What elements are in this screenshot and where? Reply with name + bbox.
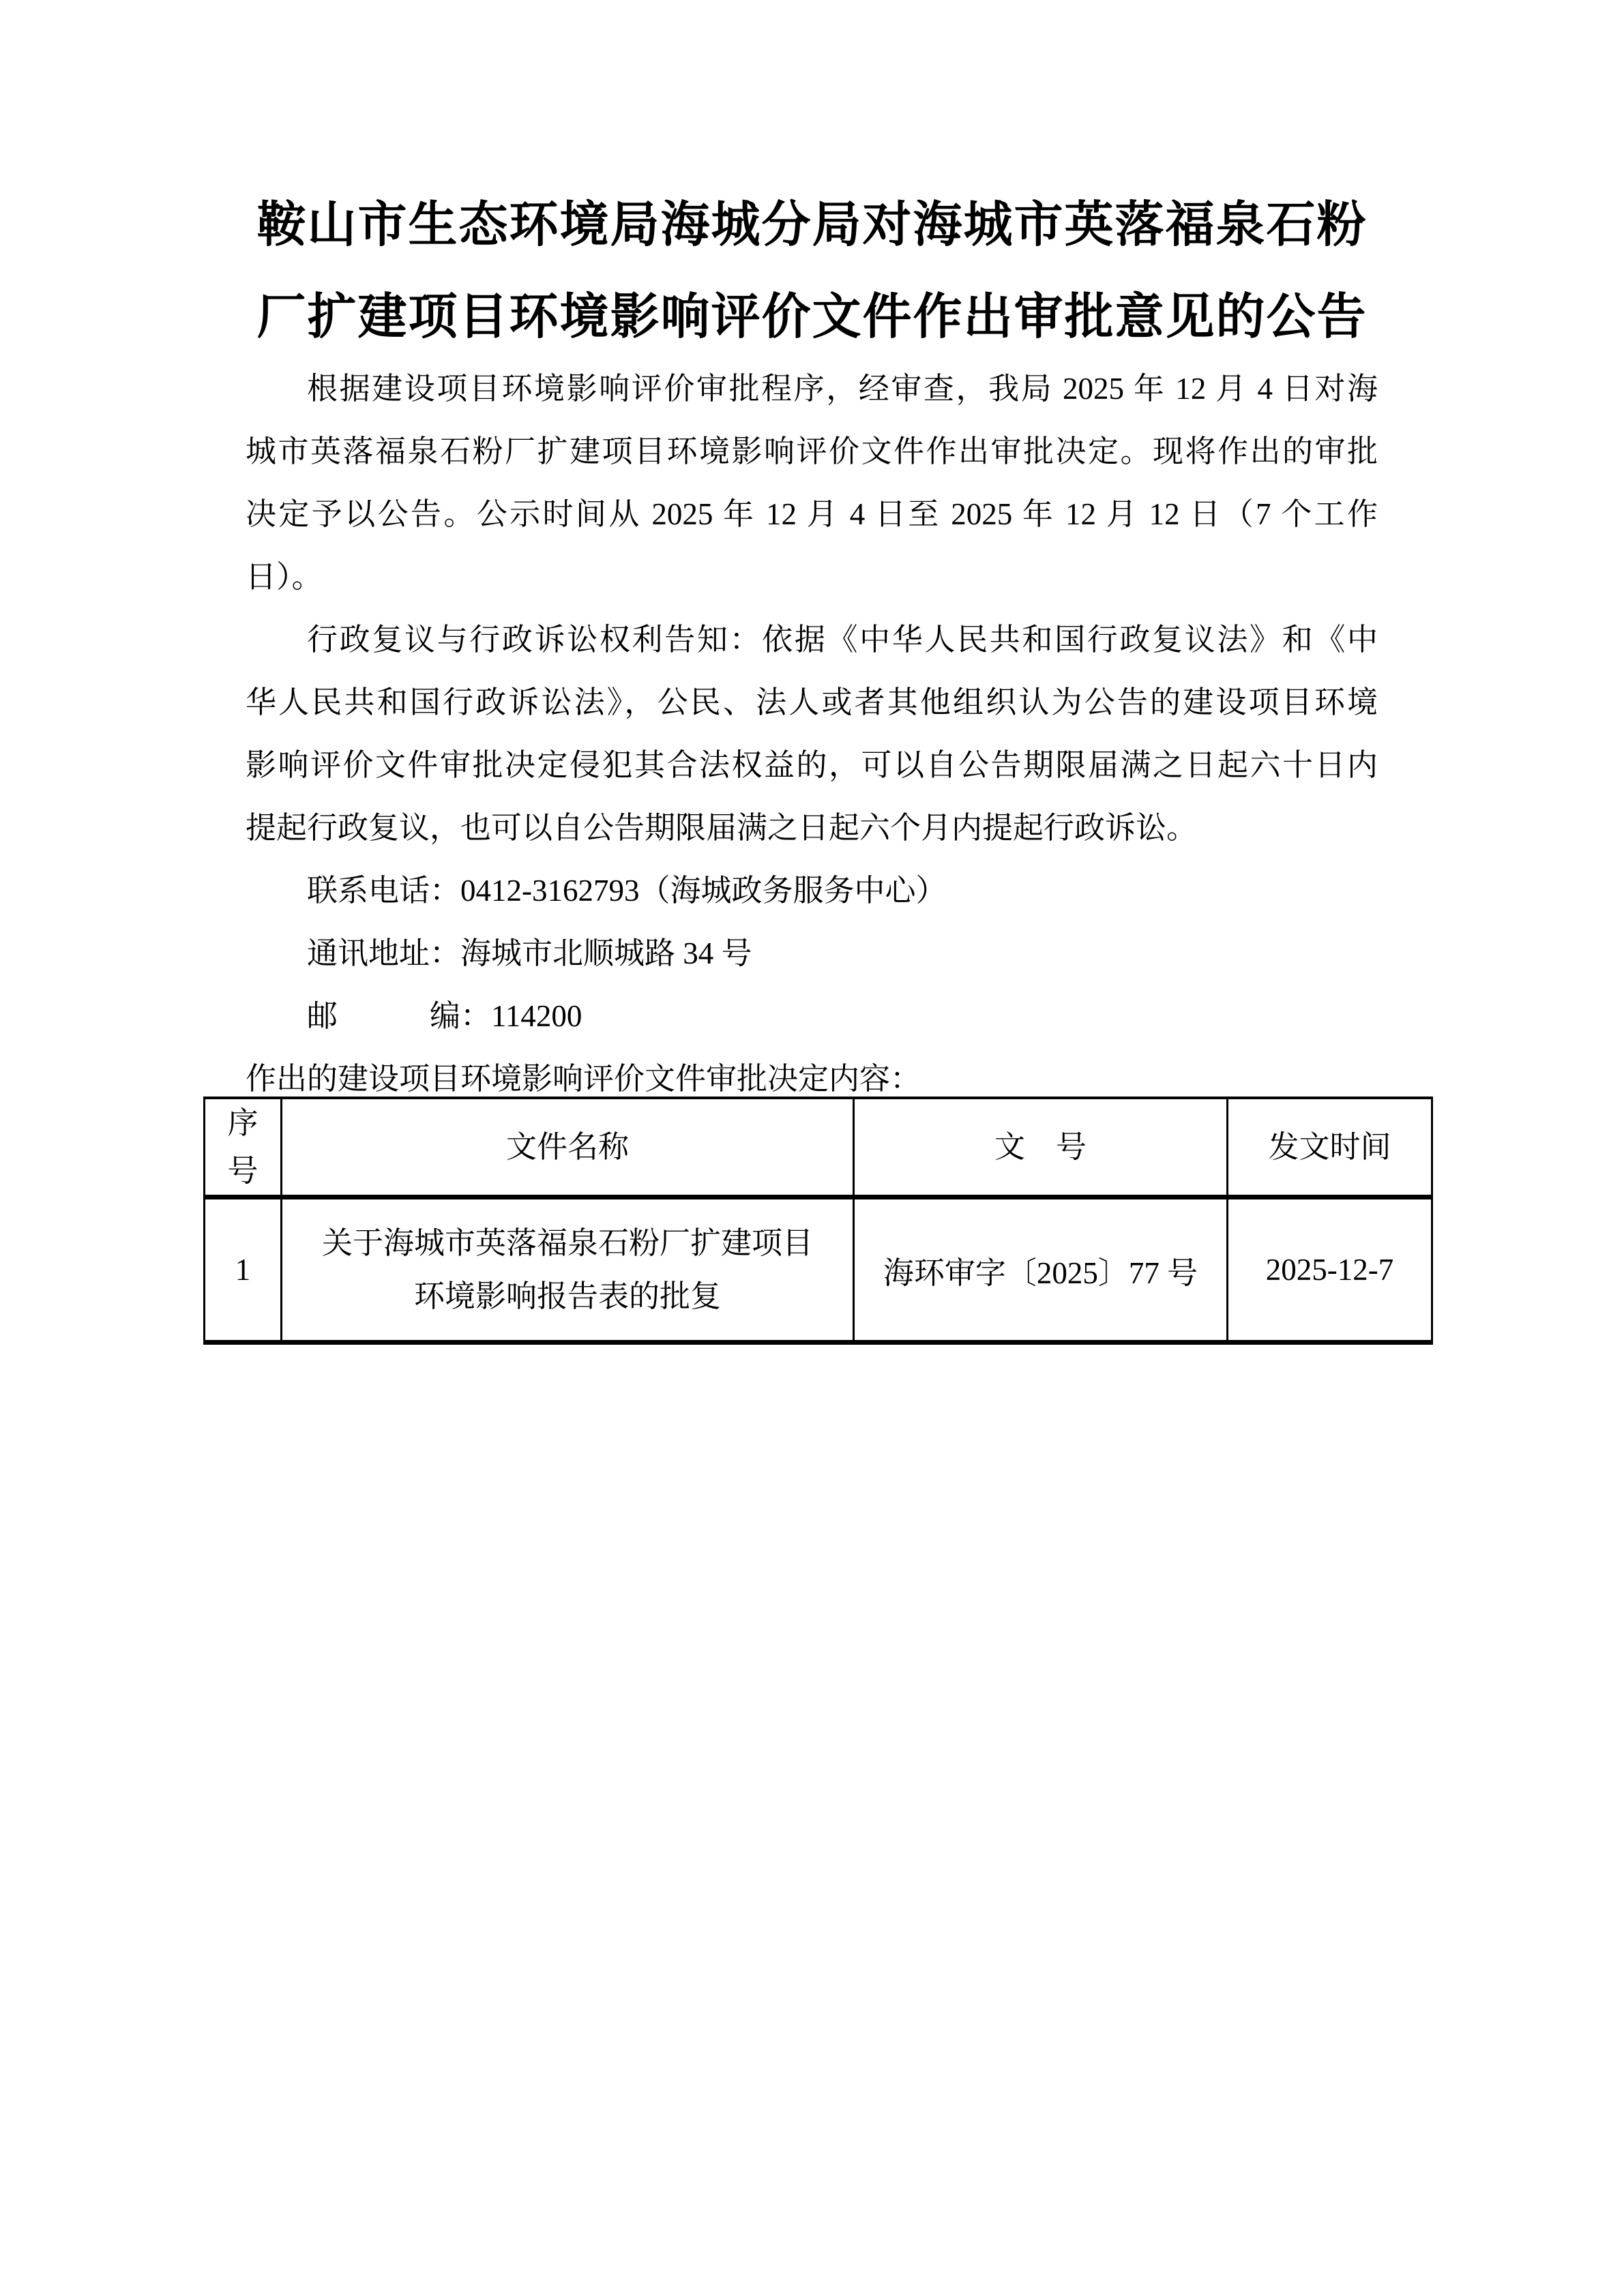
approval-decision-table-wrap: 序号 文件名称 文 号 发文时间 1 关于海城市英落福泉石粉厂扩建项目 环境影响… <box>203 1097 1431 1345</box>
announcement-page: { "page": { "background": "#ffffff", "te… <box>0 0 1624 2296</box>
document-title-line-2: 厂扩建项目环境影响评价文件作出审批意见的公告 <box>0 271 1624 363</box>
paragraph-2-line: 行政复议与行政诉讼权利告知：依据《中华人民共和国行政复议法》和《中 <box>246 608 1378 671</box>
header-cell-file-name: 文件名称 <box>282 1098 854 1197</box>
file-name-line-2: 环境影响报告表的批复 <box>282 1270 853 1323</box>
paragraph-1-line: 日）。 <box>246 546 1378 608</box>
paragraph-1-line: 根据建设项目环境影响评价审批程序，经审查，我局 2025 年 12 月 4 日对… <box>246 357 1378 420</box>
contact-address-line: 通讯地址：海城市北顺城路 34 号 <box>246 922 1378 985</box>
document-title: 鞍山市生态环境局海城分局对海城市英落福泉石粉 厂扩建项目环境影响评价文件作出审批… <box>0 179 1624 363</box>
row-cell-index: 1 <box>205 1197 282 1343</box>
paragraph-2-line: 影响评价文件审批决定侵犯其合法权益的，可以自公告期限届满之日起六十日内 <box>246 734 1378 796</box>
table-row: 1 关于海城市英落福泉石粉厂扩建项目 环境影响报告表的批复 海环审字〔2025〕… <box>205 1197 1432 1343</box>
paragraph-2-line: 华人民共和国行政诉讼法》，公民、法人或者其他组织认为公告的建设项目环境 <box>246 671 1378 734</box>
row-cell-file-name: 关于海城市英落福泉石粉厂扩建项目 环境影响报告表的批复 <box>282 1197 854 1343</box>
header-cell-issue-date: 发文时间 <box>1228 1098 1432 1197</box>
approval-decision-table: 序号 文件名称 文 号 发文时间 1 关于海城市英落福泉石粉厂扩建项目 环境影响… <box>203 1097 1433 1345</box>
paragraph-1-line: 决定予以公告。公示时间从 2025 年 12 月 4 日至 2025 年 12 … <box>246 483 1378 546</box>
document-title-line-1: 鞍山市生态环境局海城分局对海城市英落福泉石粉 <box>0 179 1624 271</box>
table-header-row: 序号 文件名称 文 号 发文时间 <box>205 1098 1432 1197</box>
file-name-line-1: 关于海城市英落福泉石粉厂扩建项目 <box>282 1217 853 1270</box>
header-cell-index: 序号 <box>205 1098 282 1197</box>
header-index-label: 序号 <box>226 1099 260 1195</box>
document-body: 根据建设项目环境影响评价审批程序，经审查，我局 2025 年 12 月 4 日对… <box>246 357 1378 1110</box>
row-cell-issue-date: 2025-12-7 <box>1228 1197 1432 1343</box>
paragraph-2-line: 提起行政复议，也可以自公告期限届满之日起六个月内提起行政诉讼。 <box>246 796 1378 859</box>
header-cell-doc-number: 文 号 <box>854 1098 1228 1197</box>
paragraph-1-line: 城市英落福泉石粉厂扩建项目环境影响评价文件作出审批决定。现将作出的审批 <box>246 420 1378 483</box>
row-cell-doc-number: 海环审字〔2025〕77 号 <box>854 1197 1228 1343</box>
contact-phone-line: 联系电话：0412-3162793（海城政务服务中心） <box>246 859 1378 922</box>
contact-postcode-line: 邮 编：114200 <box>246 985 1378 1047</box>
